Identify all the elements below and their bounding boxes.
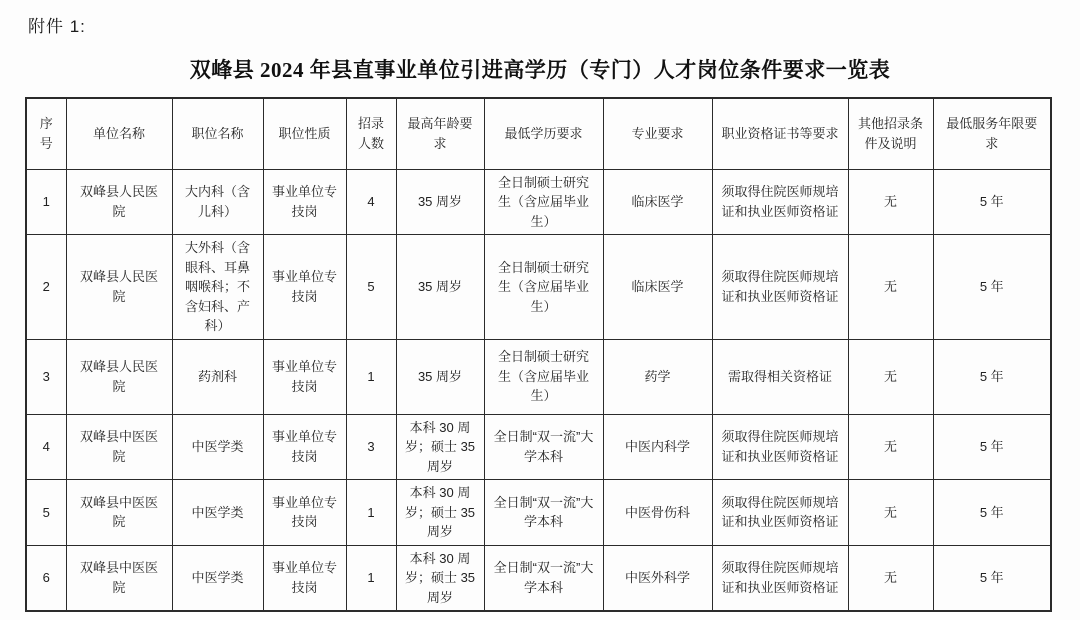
- page-title: 双峰县 2024 年县直事业单位引进高学历（专门）人才岗位条件要求一览表: [0, 54, 1080, 84]
- cell-unit-name: 双峰县中医医院: [66, 414, 172, 480]
- cell-index: 6: [26, 545, 66, 611]
- cell-max-age: 35 周岁: [396, 235, 484, 340]
- header-cell-position-type: 职位性质: [263, 98, 346, 169]
- cell-major-requirement: 临床医学: [603, 235, 712, 340]
- header-cell-index: 序号: [26, 98, 66, 169]
- cell-other-conditions: 无: [848, 339, 933, 414]
- attachment-label: 附件 1:: [28, 12, 86, 37]
- cell-major-requirement: 药学: [603, 339, 712, 414]
- table-row: 4 双峰县中医医院 中医学类 事业单位专技岗 3 本科 30 周岁；硕士 35 …: [26, 414, 1051, 480]
- cell-certificate-requirement: 须取得住院医师规培证和执业医师资格证: [712, 545, 848, 611]
- header-cell-other-conditions: 其他招录条件及说明: [848, 98, 933, 169]
- cell-min-education: 全日制“双一流”大学本科: [484, 414, 603, 480]
- header-cell-unit-name: 单位名称: [66, 98, 172, 169]
- cell-unit-name: 双峰县中医医院: [66, 545, 172, 611]
- cell-index: 3: [26, 339, 66, 414]
- cell-position-name: 大内科（含儿科）: [172, 169, 263, 235]
- cell-min-education: 全日制“双一流”大学本科: [484, 545, 603, 611]
- cell-other-conditions: 无: [848, 169, 933, 235]
- cell-max-age: 35 周岁: [396, 339, 484, 414]
- cell-min-service-years: 5 年: [933, 339, 1051, 414]
- cell-unit-name: 双峰县中医医院: [66, 480, 172, 546]
- header-cell-major-requirement: 专业要求: [603, 98, 712, 169]
- cell-position-name: 中医学类: [172, 414, 263, 480]
- cell-unit-name: 双峰县人民医院: [66, 235, 172, 340]
- cell-certificate-requirement: 需取得相关资格证: [712, 339, 848, 414]
- cell-position-name: 中医学类: [172, 545, 263, 611]
- cell-position-type: 事业单位专技岗: [263, 169, 346, 235]
- cell-min-education: 全日制硕士研究生（含应届毕业生）: [484, 339, 603, 414]
- cell-min-service-years: 5 年: [933, 169, 1051, 235]
- cell-recruit-count: 5: [346, 235, 396, 340]
- document-page: 附件 1: 双峰县 2024 年县直事业单位引进高学历（专门）人才岗位条件要求一…: [0, 0, 1080, 620]
- header-cell-recruit-count: 招录人数: [346, 98, 396, 169]
- table-row: 5 双峰县中医医院 中医学类 事业单位专技岗 1 本科 30 周岁；硕士 35 …: [26, 480, 1051, 546]
- cell-unit-name: 双峰县人民医院: [66, 339, 172, 414]
- cell-max-age: 本科 30 周岁；硕士 35 周岁: [396, 414, 484, 480]
- cell-other-conditions: 无: [848, 414, 933, 480]
- cell-position-type: 事业单位专技岗: [263, 235, 346, 340]
- cell-index: 4: [26, 414, 66, 480]
- header-cell-min-education: 最低学历要求: [484, 98, 603, 169]
- header-cell-min-service-years: 最低服务年限要求: [933, 98, 1051, 169]
- cell-other-conditions: 无: [848, 545, 933, 611]
- cell-certificate-requirement: 须取得住院医师规培证和执业医师资格证: [712, 235, 848, 340]
- cell-other-conditions: 无: [848, 235, 933, 340]
- table-row: 3 双峰县人民医院 药剂科 事业单位专技岗 1 35 周岁 全日制硕士研究生（含…: [26, 339, 1051, 414]
- cell-position-name: 大外科（含眼科、耳鼻咽喉科；不含妇科、产科）: [172, 235, 263, 340]
- positions-table: 序号 单位名称 职位名称 职位性质 招录人数 最高年龄要求 最低学历要求 专业要…: [25, 97, 1052, 612]
- cell-recruit-count: 1: [346, 339, 396, 414]
- cell-position-type: 事业单位专技岗: [263, 339, 346, 414]
- cell-recruit-count: 4: [346, 169, 396, 235]
- cell-index: 5: [26, 480, 66, 546]
- cell-major-requirement: 中医骨伤科: [603, 480, 712, 546]
- cell-min-education: 全日制硕士研究生（含应届毕业生）: [484, 169, 603, 235]
- cell-unit-name: 双峰县人民医院: [66, 169, 172, 235]
- cell-min-service-years: 5 年: [933, 235, 1051, 340]
- cell-position-name: 药剂科: [172, 339, 263, 414]
- header-cell-max-age: 最高年龄要求: [396, 98, 484, 169]
- cell-other-conditions: 无: [848, 480, 933, 546]
- table-row: 2 双峰县人民医院 大外科（含眼科、耳鼻咽喉科；不含妇科、产科） 事业单位专技岗…: [26, 235, 1051, 340]
- cell-major-requirement: 临床医学: [603, 169, 712, 235]
- cell-certificate-requirement: 须取得住院医师规培证和执业医师资格证: [712, 169, 848, 235]
- cell-min-service-years: 5 年: [933, 414, 1051, 480]
- cell-min-service-years: 5 年: [933, 545, 1051, 611]
- cell-major-requirement: 中医内科学: [603, 414, 712, 480]
- table-header-row: 序号 单位名称 职位名称 职位性质 招录人数 最高年龄要求 最低学历要求 专业要…: [26, 98, 1051, 169]
- cell-position-type: 事业单位专技岗: [263, 545, 346, 611]
- cell-position-type: 事业单位专技岗: [263, 414, 346, 480]
- table-row: 6 双峰县中医医院 中医学类 事业单位专技岗 1 本科 30 周岁；硕士 35 …: [26, 545, 1051, 611]
- cell-major-requirement: 中医外科学: [603, 545, 712, 611]
- header-cell-certificate-requirement: 职业资格证书等要求: [712, 98, 848, 169]
- cell-min-service-years: 5 年: [933, 480, 1051, 546]
- cell-position-type: 事业单位专技岗: [263, 480, 346, 546]
- header-cell-position-name: 职位名称: [172, 98, 263, 169]
- cell-recruit-count: 1: [346, 545, 396, 611]
- cell-index: 2: [26, 235, 66, 340]
- cell-recruit-count: 3: [346, 414, 396, 480]
- cell-min-education: 全日制“双一流”大学本科: [484, 480, 603, 546]
- cell-recruit-count: 1: [346, 480, 396, 546]
- table-row: 1 双峰县人民医院 大内科（含儿科） 事业单位专技岗 4 35 周岁 全日制硕士…: [26, 169, 1051, 235]
- cell-certificate-requirement: 须取得住院医师规培证和执业医师资格证: [712, 480, 848, 546]
- cell-max-age: 本科 30 周岁；硕士 35 周岁: [396, 545, 484, 611]
- cell-index: 1: [26, 169, 66, 235]
- cell-min-education: 全日制硕士研究生（含应届毕业生）: [484, 235, 603, 340]
- cell-position-name: 中医学类: [172, 480, 263, 546]
- cell-max-age: 本科 30 周岁；硕士 35 周岁: [396, 480, 484, 546]
- cell-max-age: 35 周岁: [396, 169, 484, 235]
- cell-certificate-requirement: 须取得住院医师规培证和执业医师资格证: [712, 414, 848, 480]
